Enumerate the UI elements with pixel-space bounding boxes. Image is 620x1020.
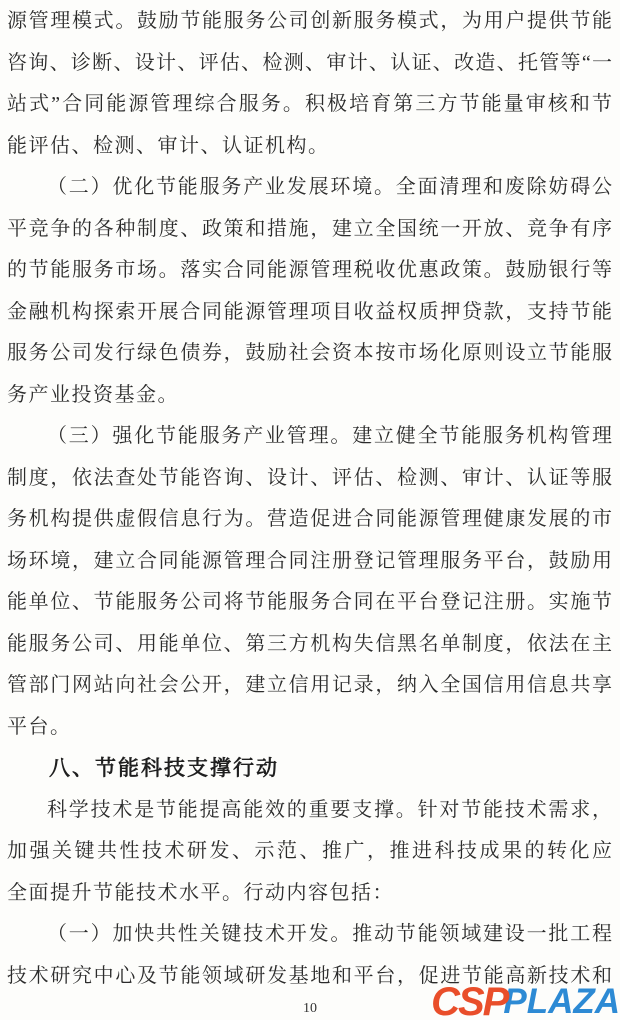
text-line: 务机构提供虚假信息行为。营造促进合同能源管理健康发展的市 <box>7 499 613 541</box>
document-page: 源管理模式。鼓励节能服务公司创新服务模式，为用户提供节能咨询、诊断、设计、评估、… <box>0 0 620 1020</box>
text-line: 站式”合同能源管理综合服务。积极培育第三方节能量审核和节 <box>7 84 613 126</box>
text-line: 咨询、诊断、设计、评估、检测、审计、认证、改造、托管等“一 <box>7 43 613 85</box>
text-line: （二）优化节能服务产业发展环境。全面清理和废除妨碍公 <box>7 167 613 209</box>
logo-csp-text: CSP <box>431 980 507 1020</box>
text-line: 平台。 <box>7 707 613 749</box>
document-text-block: 源管理模式。鼓励节能服务公司创新服务模式，为用户提供节能咨询、诊断、设计、评估、… <box>7 1 613 997</box>
text-line: （一）加快共性关键技术开发。推动节能领域建设一批工程 <box>7 914 613 956</box>
text-line: 源管理模式。鼓励节能服务公司创新服务模式，为用户提供节能 <box>7 1 613 43</box>
text-line: 管部门网站向社会公开，建立信用记录，纳入全国信用信息共享 <box>7 665 613 707</box>
text-line: 的节能服务市场。落实合同能源管理税收优惠政策。鼓励银行等 <box>7 250 613 292</box>
text-line: 能服务公司、用能单位、第三方机构失信黑名单制度，依法在主 <box>7 624 613 666</box>
cspplaza-logo: CSPPLAZA <box>431 980 620 1020</box>
text-line: 能单位、节能服务公司将节能服务合同在平台登记注册。实施节 <box>7 582 613 624</box>
logo-plaza-text: PLAZA <box>503 982 620 1020</box>
text-line: 制度，依法查处节能咨询、设计、评估、检测、审计、认证等服 <box>7 458 613 500</box>
text-line: 能评估、检测、审计、认证机构。 <box>7 126 613 168</box>
text-line: 全面提升节能技术水平。行动内容包括： <box>7 873 613 915</box>
section-heading: 八、节能科技支撑行动 <box>7 748 613 790</box>
text-line: 金融机构探索开展合同能源管理项目收益权质押贷款，支持节能 <box>7 292 613 334</box>
text-line: 服务公司发行绿色债券，鼓励社会资本按市场化原则设立节能服 <box>7 333 613 375</box>
text-line: 科学技术是节能提高能效的重要支撑。针对节能技术需求， <box>7 790 613 832</box>
text-line: 场环境，建立合同能源管理合同注册登记管理服务平台，鼓励用 <box>7 541 613 583</box>
text-line: （三）强化节能服务产业管理。建立健全节能服务机构管理 <box>7 416 613 458</box>
text-line: 务产业投资基金。 <box>7 375 613 417</box>
text-line: 平竞争的各种制度、政策和措施，建立全国统一开放、竞争有序 <box>7 209 613 251</box>
text-line: 加强关键共性技术研发、示范、推广，推进科技成果的转化应用， <box>7 831 613 873</box>
